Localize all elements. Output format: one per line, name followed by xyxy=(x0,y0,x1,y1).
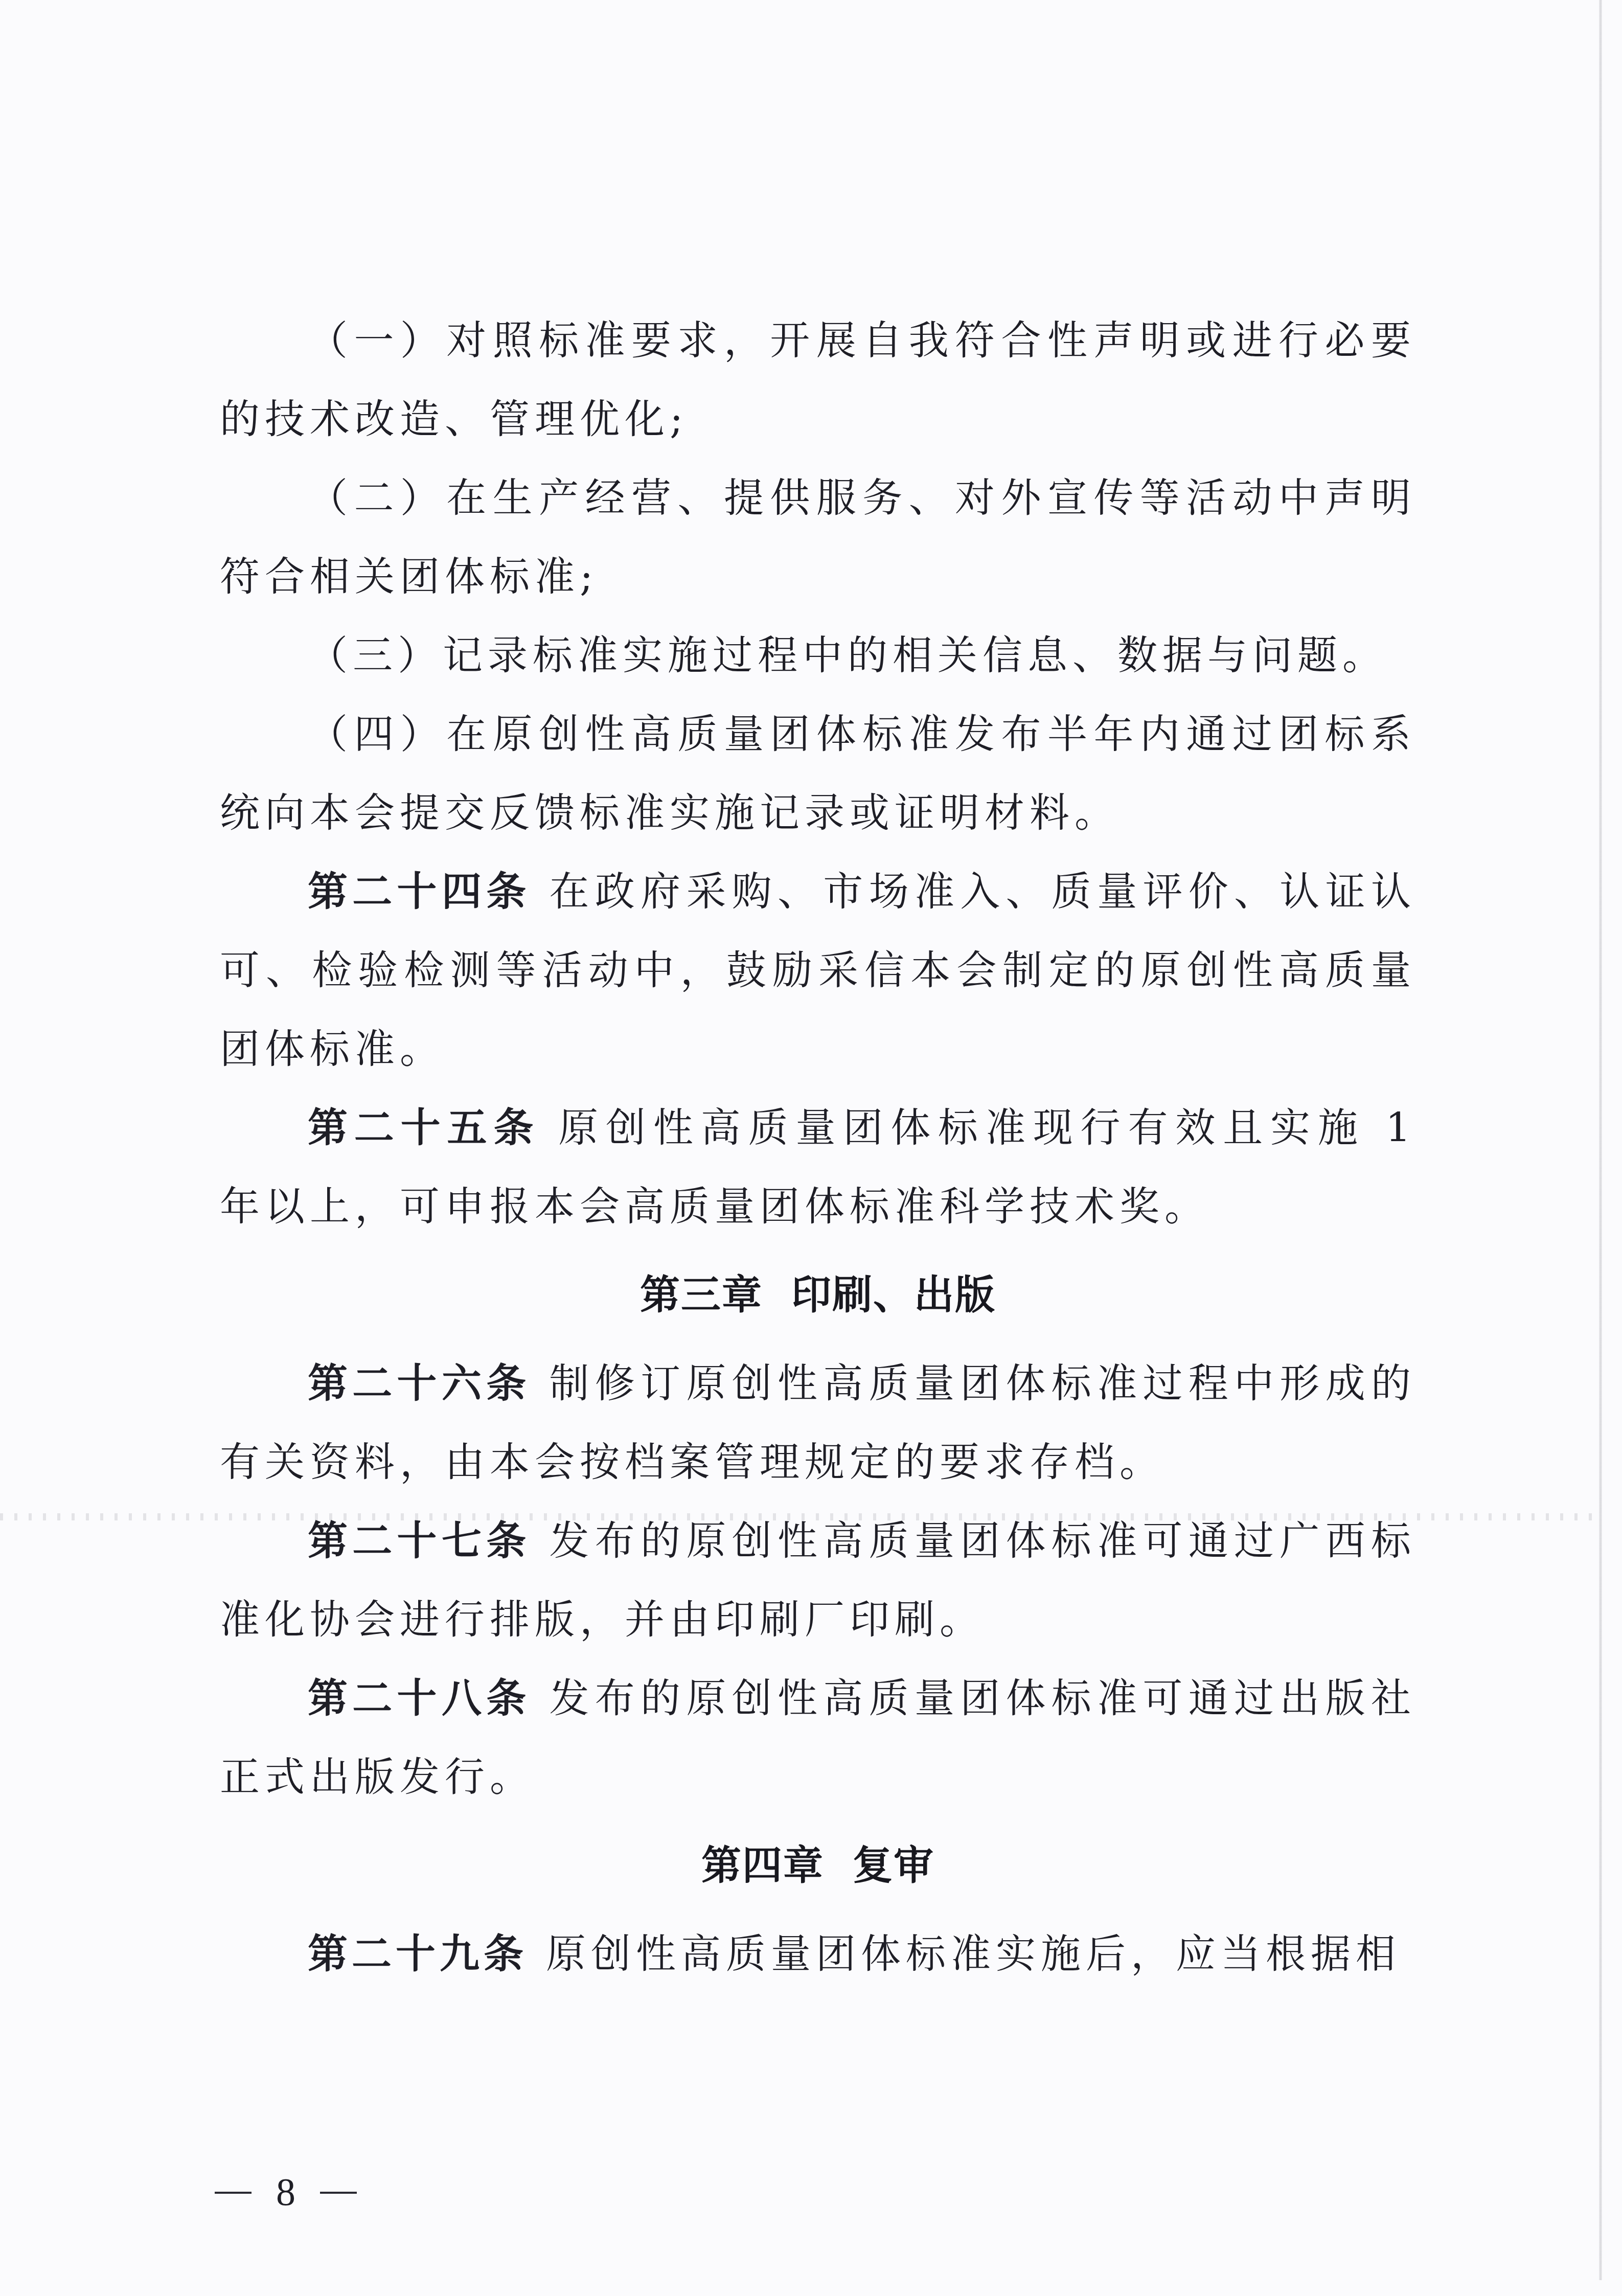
list-item-4: （四）在原创性高质量团体标准发布半年内通过团标系统向本会提交反馈标准实施记录或证… xyxy=(220,695,1416,853)
chapter-heading-3: 第三章印刷、出版 xyxy=(220,1256,1416,1335)
list-item-text: （二）在生产经营、提供服务、对外宣传等活动中声明符合相关团体标准; xyxy=(220,475,1416,600)
article-24: 第二十四条在政府采购、市场准入、质量评价、认证认可、检验检测等活动中，鼓励采信本… xyxy=(220,853,1416,1089)
article-29: 第二十九条原创性高质量团体标准实施后，应当根据相 xyxy=(220,1915,1416,1994)
article-number: 第二十四条 xyxy=(308,869,531,915)
page-number-footer: 8 xyxy=(215,2170,357,2215)
list-item-3: （三）记录标准实施过程中的相关信息、数据与问题。 xyxy=(220,617,1416,695)
article-text: 原创性高质量团体标准实施后，应当根据相 xyxy=(546,1931,1401,1977)
article-25: 第二十五条原创性高质量团体标准现行有效且实施 1 年以上，可申报本会高质量团体标… xyxy=(220,1089,1416,1246)
article-number: 第二十七条 xyxy=(308,1518,531,1564)
list-item-text: （一）对照标准要求，开展自我符合性声明或进行必要的技术改造、管理优化; xyxy=(220,318,1416,443)
article-number: 第二十五条 xyxy=(308,1105,540,1151)
list-item-text: （三）记录标准实施过程中的相关信息、数据与问题。 xyxy=(308,633,1387,679)
list-item-text: （四）在原创性高质量团体标准发布半年内通过团标系统向本会提交反馈标准实施记录或证… xyxy=(220,712,1416,836)
dash-right-icon xyxy=(320,2192,357,2194)
article-number: 第二十六条 xyxy=(308,1361,531,1407)
dash-left-icon xyxy=(215,2192,252,2194)
list-item-2: （二）在生产经营、提供服务、对外宣传等活动中声明符合相关团体标准; xyxy=(220,459,1416,617)
chapter-heading-4: 第四章复审 xyxy=(220,1826,1416,1906)
chapter-title: 复审 xyxy=(853,1843,934,1889)
article-27: 第二十七条发布的原创性高质量团体标准可通过广西标准化协会进行排版，并由印刷厂印刷… xyxy=(220,1502,1416,1660)
article-number: 第二十八条 xyxy=(308,1676,531,1722)
scanned-page-edge xyxy=(1599,0,1602,2280)
article-number: 第二十九条 xyxy=(308,1931,528,1977)
article-26: 第二十六条制修订原创性高质量团体标准过程中形成的有关资料，由本会按档案管理规定的… xyxy=(220,1345,1416,1502)
page-number: 8 xyxy=(276,2170,295,2215)
list-item-1: （一）对照标准要求，开展自我符合性声明或进行必要的技术改造、管理优化; xyxy=(220,302,1416,459)
chapter-number: 第三章 xyxy=(640,1272,763,1319)
document-body: （一）对照标准要求，开展自我符合性声明或进行必要的技术改造、管理优化; （二）在… xyxy=(220,302,1416,1994)
article-28: 第二十八条发布的原创性高质量团体标准可通过出版社正式出版发行。 xyxy=(220,1660,1416,1817)
chapter-number: 第四章 xyxy=(701,1843,824,1889)
chapter-title: 印刷、出版 xyxy=(791,1272,996,1319)
